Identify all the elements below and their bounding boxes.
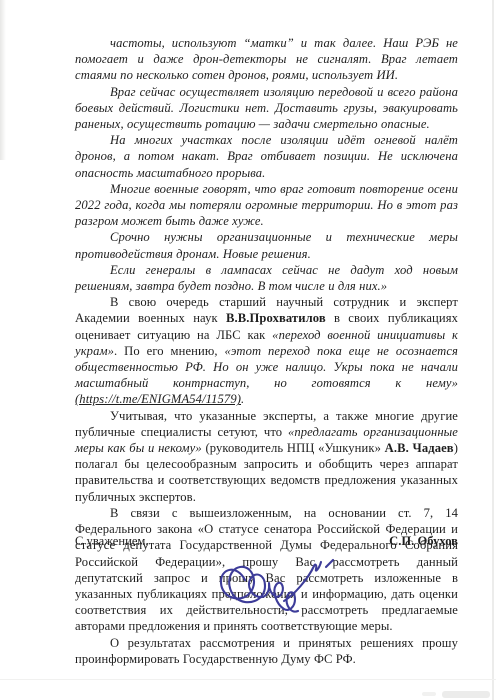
scan-smudge — [422, 692, 436, 696]
scan-edge-left — [0, 0, 6, 160]
text-run: А.В. Чадаев — [385, 441, 454, 455]
scan-edge-bottom — [0, 679, 496, 680]
text-run: (https://t.me/ENIGMA54/11579) — [75, 392, 241, 406]
handwritten-signature — [213, 552, 337, 644]
signature-row: С уважением, С.П. Обухов — [75, 534, 458, 549]
quoted-paragraph: Срочно нужны организационные и техническ… — [75, 229, 458, 261]
quoted-paragraph: частоты, используют “матки” и так далее.… — [75, 35, 458, 84]
text-run: В.В.Прохватилов — [226, 311, 326, 325]
scan-smudge — [442, 691, 490, 698]
quoted-paragraph: На многих участках после изоляции идёт о… — [75, 132, 458, 181]
closing-salutation: С уважением, — [75, 534, 149, 549]
text-run: (руководитель НПЦ «Ушкуник» — [202, 441, 385, 455]
scanned-letter-page: частоты, используют “матки” и так далее.… — [0, 0, 496, 700]
scan-edge-right — [492, 0, 494, 700]
signatory-name: С.П. Обухов — [389, 534, 458, 549]
paragraph: Учитывая, что указанные эксперты, а такж… — [75, 408, 458, 505]
paragraph: В свою очередь старший научный сотрудник… — [75, 294, 458, 407]
text-run: . — [241, 392, 244, 406]
quoted-paragraph: Если генералы в лампасах сейчас не дадут… — [75, 262, 458, 294]
signature-ink — [221, 560, 333, 612]
text-run: . По его мнению, — [114, 344, 224, 358]
quoted-paragraph: Многие военные говорят, что враг готовит… — [75, 181, 458, 230]
quoted-paragraph: Враг сейчас осуществляет изоляцию передо… — [75, 84, 458, 133]
